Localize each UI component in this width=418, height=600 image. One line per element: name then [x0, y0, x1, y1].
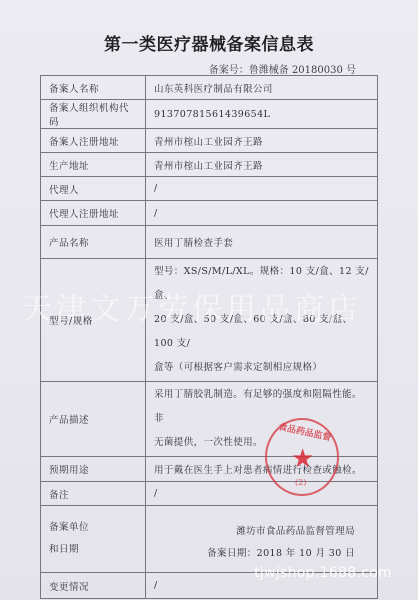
row-label: 型号/规格: [41, 259, 146, 382]
table-row: 备案人名称 山东英科医疗制品有限公司: [41, 76, 378, 100]
table-row: 预期用途 用于戴在医生手上对患者病情进行检查或触检。: [41, 457, 378, 482]
label-line: 备案单位: [49, 517, 137, 539]
table-row: 产品描述 采用丁腈胶乳制造。有足够的强度和阻隔性能。非 无菌提供，一次性使用。: [41, 382, 378, 457]
row-label: 产品描述: [41, 382, 146, 457]
row-value: 型号：XS/S/M/L/XL。规格：10 支/盒、12 支/盒、 20 支/盒、…: [146, 259, 378, 382]
row-label: 备案人注册地址: [41, 129, 146, 153]
row-label: 备注: [41, 482, 146, 506]
table-row: 备案人组织机构代码 91370781561439654L: [41, 100, 378, 129]
value-line: 盒等（可根据客户需求定制相应规格）: [154, 356, 369, 380]
row-value: 用于戴在医生手上对患者病情进行检查或触检。: [146, 457, 378, 482]
table-row: 代理人 /: [41, 177, 378, 201]
table-row: 生产地址 青州市榁山工业园齐王路: [41, 153, 378, 177]
row-label: 变更情况: [41, 573, 146, 599]
record-date: 备案日期：2018 年 10 月 30 日: [154, 543, 355, 565]
row-label: 备案单位 和日期: [41, 506, 146, 573]
row-value: 潍坊市食品药品监督管理局 备案日期：2018 年 10 月 30 日: [146, 506, 378, 573]
row-label: 产品名称: [41, 226, 146, 259]
value-line: 无菌提供，一次性使用。: [154, 431, 369, 455]
value-line: 型号：XS/S/M/L/XL。规格：10 支/盒、12 支/盒、: [154, 260, 369, 308]
info-table: 备案人名称 山东英科医疗制品有限公司 备案人组织机构代码 91370781561…: [40, 75, 378, 599]
table-row: 备注 /: [41, 482, 378, 506]
row-value: 医用丁腈检查手套: [146, 226, 378, 259]
row-label: 备案人组织机构代码: [41, 100, 146, 129]
row-value: 山东英科医疗制品有限公司: [146, 76, 378, 100]
record-number: 备案号：鲁潍械备 20180030 号: [209, 61, 356, 76]
value-line: 20 支/盒、50 支/盒、60 支/盒、80 支/盒、100 支/: [154, 308, 369, 356]
row-value: 青州市榁山工业园齐王路: [146, 129, 378, 153]
row-label: 代理人注册地址: [41, 201, 146, 226]
row-value: /: [146, 201, 378, 226]
table-row: 型号/规格 型号：XS/S/M/L/XL。规格：10 支/盒、12 支/盒、 2…: [41, 259, 378, 382]
url-watermark: tjwjshop.1688.com: [254, 565, 392, 581]
issuer-block: 潍坊市食品药品监督管理局 备案日期：2018 年 10 月 30 日: [154, 513, 369, 565]
row-value: 采用丁腈胶乳制造。有足够的强度和阻隔性能。非 无菌提供，一次性使用。: [146, 382, 378, 457]
row-value: /: [146, 177, 378, 201]
document-page: 第一类医疗器械备案信息表 备案号：鲁潍械备 20180030 号 备案人名称 山…: [0, 0, 418, 600]
row-value: 青州市榁山工业园齐王路: [146, 153, 378, 177]
issuer-name: 潍坊市食品药品监督管理局: [154, 521, 355, 543]
row-label: 预期用途: [41, 457, 146, 482]
table-row: 备案人注册地址 青州市榁山工业园齐王路: [41, 129, 378, 153]
document-title: 第一类医疗器械备案信息表: [0, 30, 418, 55]
row-label: 代理人: [41, 177, 146, 201]
table-row: 产品名称 医用丁腈检查手套: [41, 226, 378, 259]
table-row: 备案单位 和日期 潍坊市食品药品监督管理局 备案日期：2018 年 10 月 3…: [41, 506, 378, 573]
table-row: 代理人注册地址 /: [41, 201, 378, 226]
row-label: 备案人名称: [41, 76, 146, 100]
row-label: 生产地址: [41, 153, 146, 177]
value-line: 采用丁腈胶乳制造。有足够的强度和阻隔性能。非: [154, 383, 369, 431]
label-line: 和日期: [49, 539, 137, 561]
row-value: 91370781561439654L: [146, 100, 378, 129]
row-value: /: [146, 482, 378, 506]
